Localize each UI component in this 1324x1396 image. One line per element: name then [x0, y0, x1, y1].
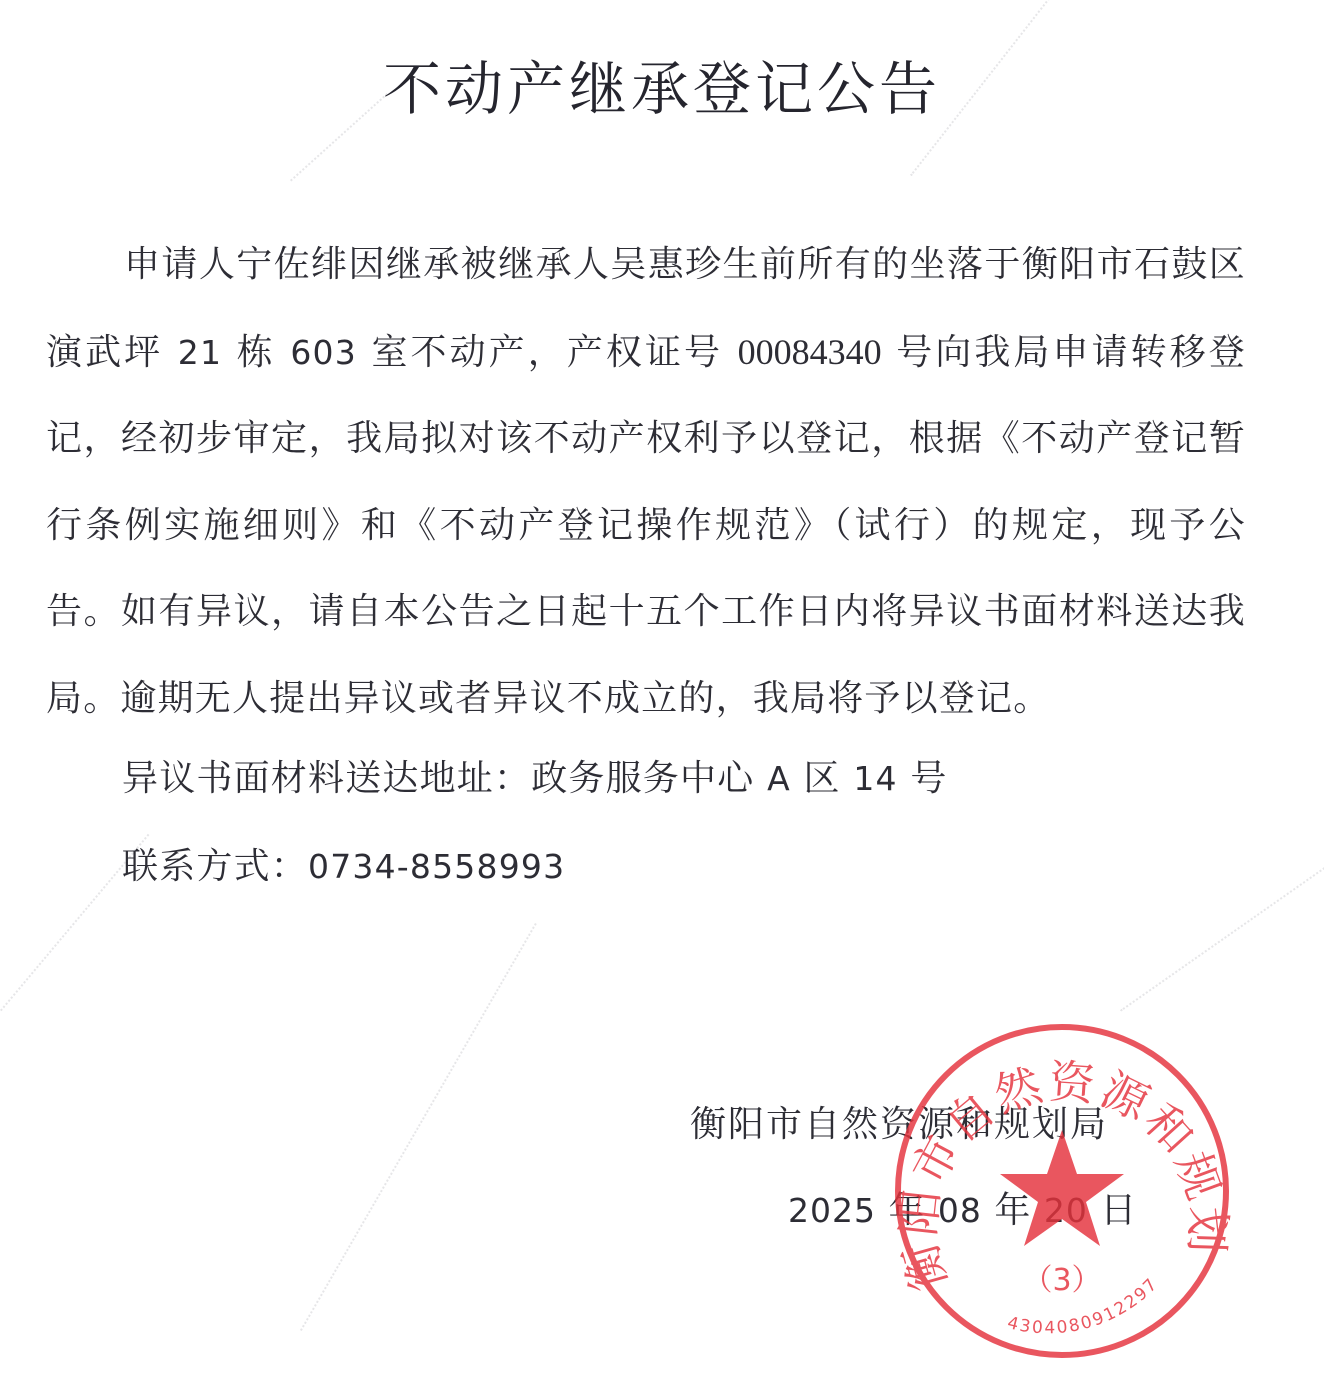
date-month: 08 — [938, 1191, 982, 1230]
date-day: 20 — [1044, 1191, 1088, 1230]
address-zone: A — [767, 759, 791, 798]
seal-center-mark: （3） — [1022, 1263, 1101, 1298]
address-label: 异议书面材料送达地址： — [122, 758, 531, 799]
notice-body: 申请人宁佐绯因继承被继承人吴惠珍生前所有的坐落于衡阳市石鼓区演武坪 21 栋 6… — [46, 222, 1246, 742]
address-zone-suffix: 区 — [804, 758, 841, 799]
contact-info: 联系方式：0734-8558993 — [122, 838, 565, 889]
issue-date: 2025 年 08 年 20 日 — [788, 1182, 1137, 1233]
objection-address: 异议书面材料送达地址：政务服务中心 A 区 14 号 — [122, 750, 948, 801]
watermark-trace — [1120, 861, 1324, 1012]
contact-phone: 0734-8558993 — [308, 847, 565, 886]
date-day-unit: 日 — [1100, 1190, 1137, 1231]
address-number-suffix: 号 — [910, 758, 947, 799]
building-number: 21 — [178, 333, 222, 372]
issuing-organization: 衡阳市自然资源和规划局 — [690, 1096, 1108, 1147]
seal-ring-text: 衡阳市自然资源和规划局 — [893, 1022, 1231, 1297]
body-part-3: 室不动产，产权证号 — [371, 332, 723, 373]
date-year: 2025 — [788, 1191, 876, 1230]
body-part-4: 号向我局申请转移登记，经初步审定，我局拟对该不动产权利予以登记，根据《不动产登记… — [46, 332, 1246, 719]
contact-label: 联系方式： — [122, 846, 308, 887]
body-part-2: 栋 — [237, 332, 276, 373]
address-value-prefix: 政务服务中心 — [531, 758, 754, 799]
date-year-unit: 年 — [888, 1190, 925, 1231]
seal-code: 4304080912297 — [1005, 1274, 1162, 1339]
date-month-unit: 年 — [994, 1190, 1031, 1231]
certificate-number: 00084340 — [738, 332, 882, 372]
notice-title: 不动产继承登记公告 — [0, 42, 1324, 126]
address-number: 14 — [853, 759, 897, 798]
room-number: 603 — [290, 333, 357, 372]
watermark-trace — [300, 923, 537, 1331]
